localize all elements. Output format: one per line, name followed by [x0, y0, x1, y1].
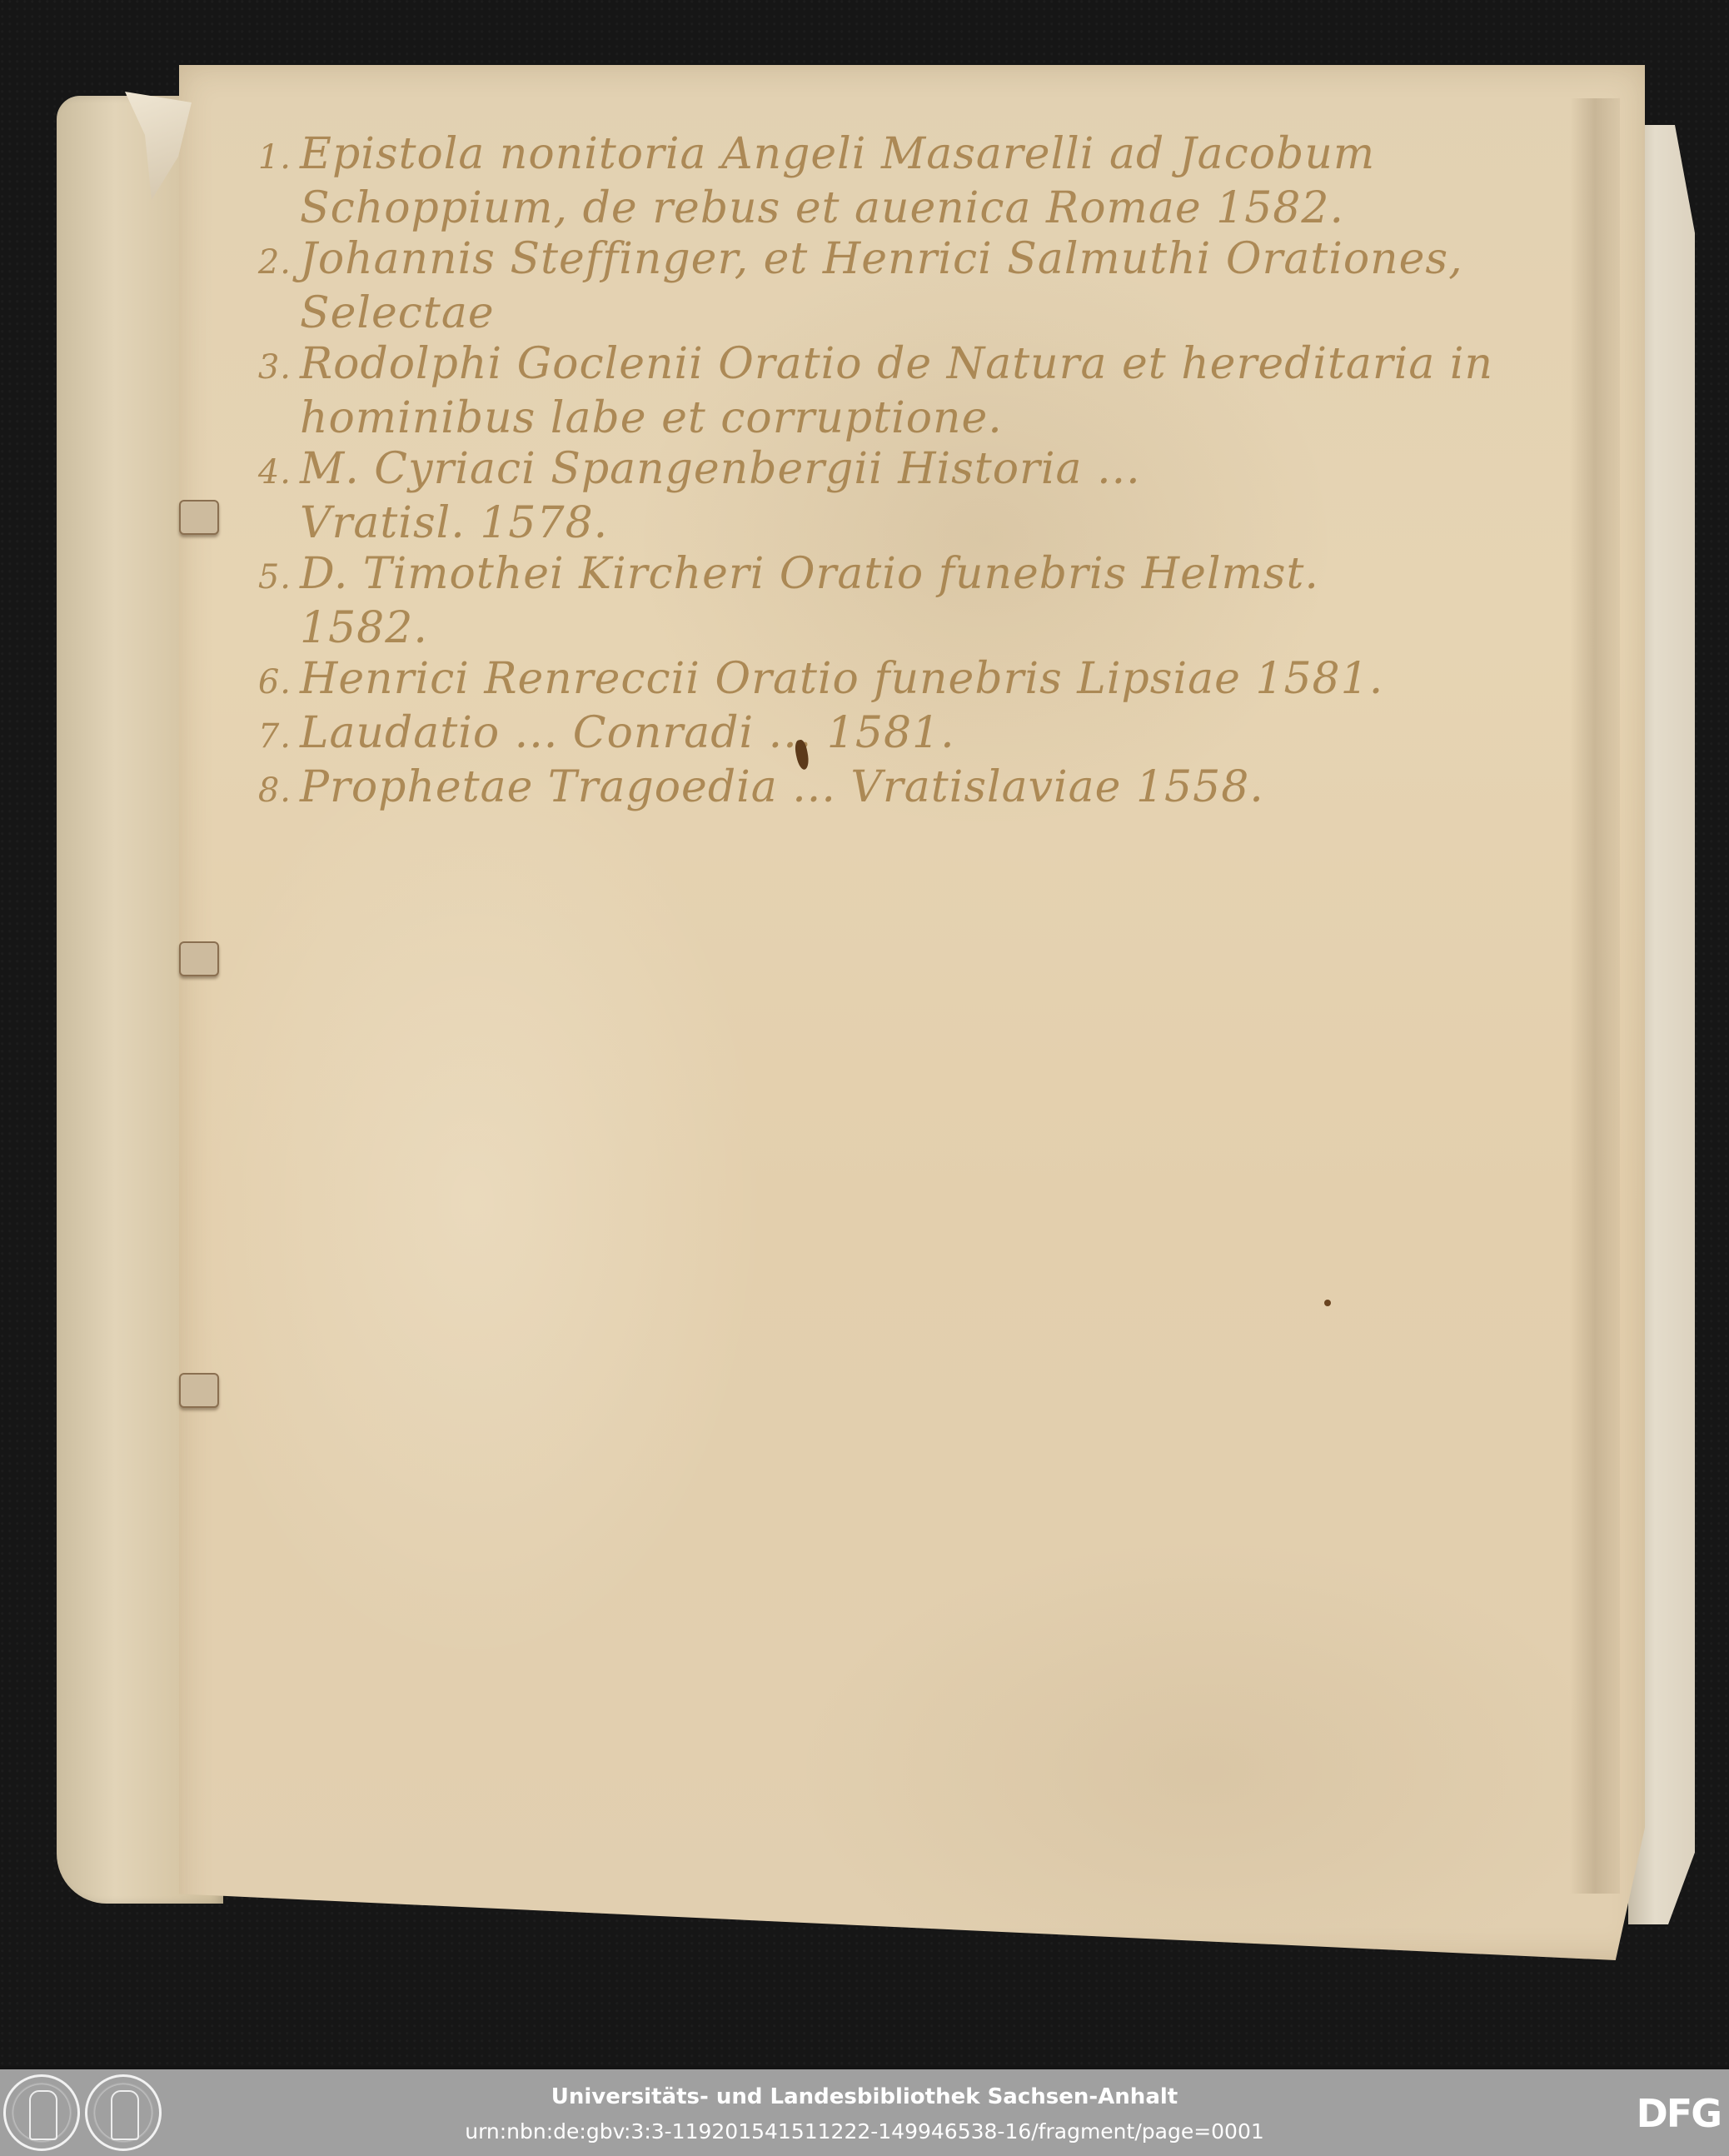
item-number: 7.: [242, 711, 291, 762]
item-number: 6.: [242, 657, 291, 708]
cover-turn-in-shadow: [1570, 98, 1620, 1894]
contents-line: 3. Rodolphi Goclenii Oratio de Natura et…: [242, 339, 1574, 393]
item-text: Henrici Renreccii Oratio funebris Lipsia…: [300, 654, 1383, 705]
contents-line: 7. Laudatio ... Conradi ... 1581.: [242, 708, 1574, 762]
item-text: Epistola nonitoria Angeli Masarelli ad J…: [300, 129, 1375, 180]
contents-line: hominibus labe et corruptione.: [242, 393, 1574, 444]
contents-line: 6. Henrici Renreccii Oratio funebris Lip…: [242, 654, 1574, 708]
contents-line: 1. Epistola nonitoria Angeli Masarelli a…: [242, 129, 1574, 183]
item-number: 8.: [242, 766, 291, 816]
institution-name: Universitäts- und Landesbibliothek Sachs…: [0, 2084, 1729, 2109]
contents-line: Selectae: [242, 288, 1574, 339]
binding-tie-middle: [179, 941, 219, 976]
item-text: Laudatio ... Conradi ... 1581.: [300, 708, 955, 759]
item-text: Johannis Steffinger, et Henrici Salmuthi…: [300, 234, 1463, 285]
item-text: Prophetae Tragoedia ... Vratislaviae 155…: [300, 762, 1264, 813]
contents-line: Vratisl. 1578.: [242, 498, 1574, 549]
item-text: Schoppium, de rebus et auenica Romae 158…: [300, 183, 1344, 234]
item-text: Vratisl. 1578.: [300, 498, 608, 549]
dfg-logo: DFG: [1637, 2091, 1721, 2136]
contents-line: 5. D. Timothei Kircheri Oratio funebris …: [242, 549, 1574, 603]
binding-tie-bottom: [179, 1373, 219, 1408]
binding-tie-top: [179, 500, 219, 535]
library-footer-bar: Universitäts- und Landesbibliothek Sachs…: [0, 2069, 1729, 2156]
item-text: Rodolphi Goclenii Oratio de Natura et he…: [300, 339, 1493, 390]
urn-identifier: urn:nbn:de:gbv:3:3-119201541511222-14994…: [0, 2119, 1729, 2144]
item-text: hominibus labe et corruptione.: [300, 393, 1003, 444]
contents-line: 2. Johannis Steffinger, et Henrici Salmu…: [242, 234, 1574, 288]
item-text: M. Cyriaci Spangenbergii Historia ...: [300, 444, 1141, 495]
ink-spot: [1324, 1300, 1331, 1306]
contents-line: Schoppium, de rebus et auenica Romae 158…: [242, 183, 1574, 234]
item-number: 5.: [242, 552, 291, 603]
item-number: 3.: [242, 342, 291, 393]
item-number: 4.: [242, 447, 291, 498]
item-text: Selectae: [300, 288, 495, 339]
item-text: 1582.: [300, 603, 428, 654]
contents-line: 8. Prophetae Tragoedia ... Vratislaviae …: [242, 762, 1574, 816]
handwritten-contents-list: 1. Epistola nonitoria Angeli Masarelli a…: [242, 129, 1574, 816]
contents-line: 4. M. Cyriaci Spangenbergii Historia ...: [242, 444, 1574, 498]
contents-line: 1582.: [242, 603, 1574, 654]
item-text: D. Timothei Kircheri Oratio funebris Hel…: [300, 549, 1319, 600]
item-number: 1.: [242, 132, 291, 183]
item-number: 2.: [242, 237, 291, 288]
